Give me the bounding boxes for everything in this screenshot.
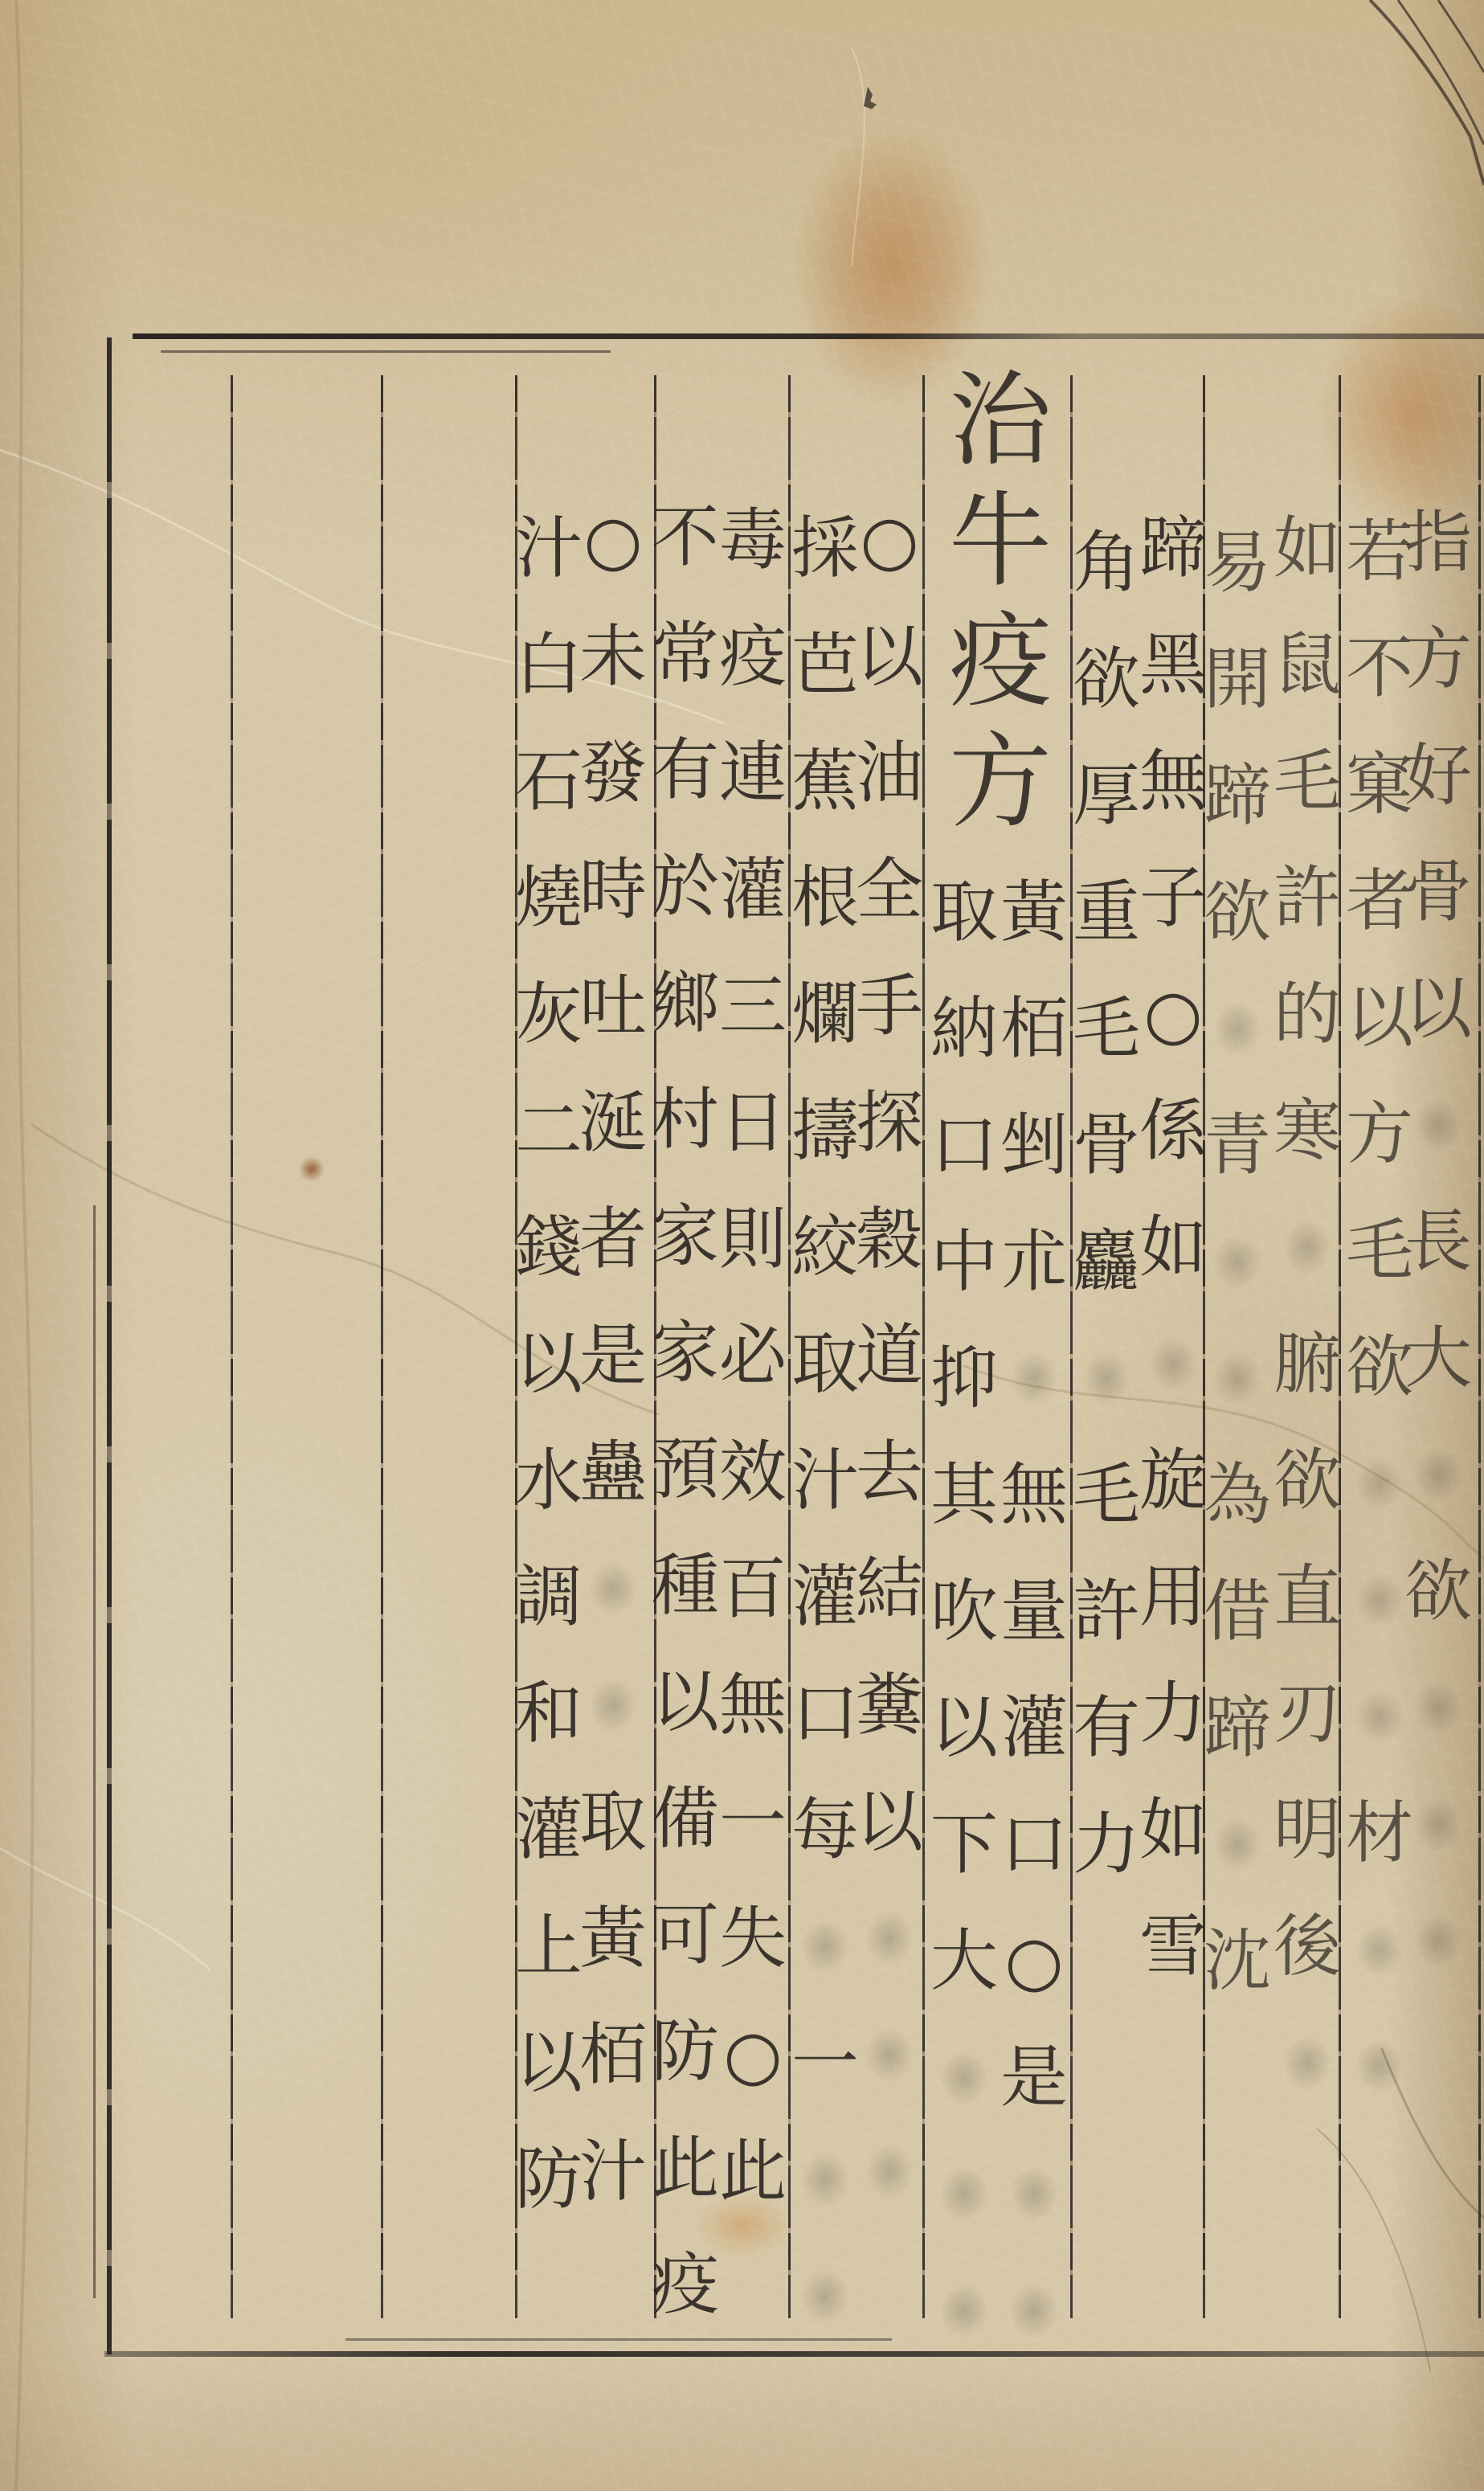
column-rule — [381, 375, 383, 2318]
character: 石 — [505, 723, 593, 840]
character: 白 — [505, 607, 593, 723]
column-rule — [231, 375, 233, 2318]
character: 錢 — [505, 1189, 593, 1306]
character: 防 — [505, 2121, 593, 2238]
character: 厚 — [1062, 738, 1151, 854]
character: 欲 — [1062, 621, 1151, 738]
character: 調 — [505, 1539, 593, 1655]
illegible-character: □ — [781, 2238, 869, 2354]
character: 角 — [1062, 505, 1151, 621]
page-border-left-inner — [93, 1205, 96, 2298]
character: 疫 — [641, 2227, 730, 2343]
section-heading: 治牛疫方 — [928, 361, 1073, 843]
character: 雪 — [1129, 1888, 1217, 2005]
character: 治 — [928, 361, 1073, 481]
character: 方 — [928, 722, 1073, 843]
text-column-7-left: 汁白石燒灰二錢以水調和灌上以防 — [505, 490, 593, 2238]
frayed-corner-icon — [1370, 0, 1484, 185]
character: 疫 — [928, 602, 1073, 722]
ink-speck-icon — [864, 87, 877, 109]
document-page: 指方好骨以□長大□欲□□□ 若不窠者以方毛欲□□□材□□ 如鼠毛許的寒□腑欲直刃… — [0, 0, 1484, 2491]
character: 汁 — [505, 490, 593, 607]
character: 灰 — [505, 956, 593, 1073]
page-border-top — [133, 333, 1484, 339]
character: 以 — [505, 2005, 593, 2121]
character: 以 — [505, 1306, 593, 1422]
page-border-left — [107, 337, 112, 2354]
character: 二 — [505, 1073, 593, 1189]
character: 上 — [505, 1888, 593, 2005]
character: 水 — [505, 1422, 593, 1539]
character: 灌 — [505, 1772, 593, 1888]
character: 牛 — [928, 481, 1073, 602]
character: 和 — [505, 1655, 593, 1772]
character: 燒 — [505, 840, 593, 956]
illegible-character: □ — [920, 2252, 1008, 2369]
illegible-character: □ — [1263, 2005, 1351, 2121]
page-border-top-inner — [161, 350, 611, 353]
